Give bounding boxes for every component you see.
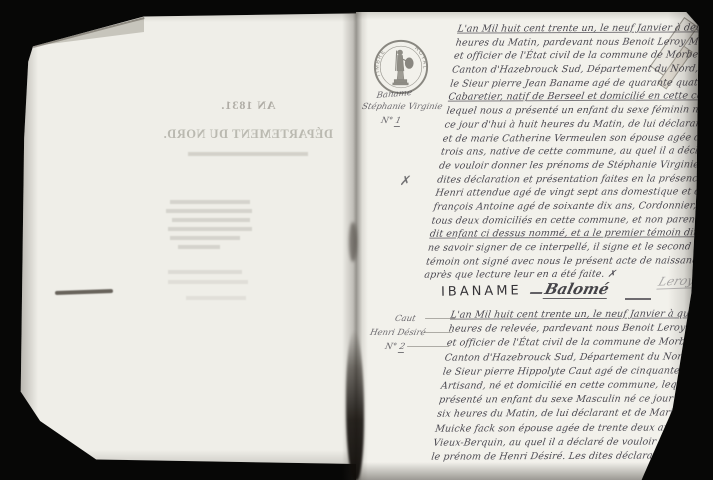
register-book-scan: AN 1831. DÉPARTEMENT DU NORD. [0,0,713,480]
handwritten-line: le Sieur pierre Jean Baname agé de quara… [449,76,707,91]
handwritten-line: Canton d'Hazebrouck Sud, Département du … [444,350,702,366]
stamp-figure-icon [393,50,413,85]
handwritten-line: et officier de l'État civil de la commun… [446,336,704,352]
handwritten-line: de vouloir donner les prénoms de Stéphan… [438,158,696,173]
handwritten-line: trois ans, native de cette commune, au q… [440,145,698,160]
margin-note-act1: Baname Stéphanie Virginie N° 1 [354,86,449,128]
handwritten-line: et officier de l'État civil de la commun… [453,49,711,64]
handwritten-line: dit enfant ci dessus nommé, et a le prem… [429,227,687,242]
handwritten-line: Vieux-Berquin, au quel il a déclaré de v… [432,435,690,451]
act2-text: L'an Mil huit cent trente un, le neuf Ja… [430,307,707,464]
bleedthrough-text-line [168,270,242,274]
bleedthrough-title: AN 1831. DÉPARTEMENT DU NORD. [148,98,348,156]
number-prefix: N° [384,342,398,352]
handwritten-line: Henri attendue agé de vingt sept ans dom… [434,186,692,201]
bleedthrough-text-line [170,236,240,240]
margin-note-act2: Caut Henri Désiré N° 2 [358,312,453,354]
margin-note-firstnames: Henri Désiré [369,326,450,340]
right-page: TIMBRE ROYAL Baname Stéphanie Virginie N… [356,12,700,480]
handwritten-line: ne savoir signer de ce interpellé, il si… [427,240,685,255]
bleedthrough-text-line [168,280,248,284]
bleedthrough-year: AN 1831. [148,98,348,113]
number-value: 2 [398,342,406,353]
handwritten-line: L'an Mil huit cent trente un, le neuf Ja… [450,307,708,323]
svg-text:TIMBRE: TIMBRE [375,49,387,78]
handwritten-line: le Sieur pierre Hippolyte Caut agé de ci… [442,364,700,380]
margin-note-name: Caut [393,312,452,326]
signature-mayor: Leroy [656,273,696,289]
handwritten-line: Cabaretier, natif de Berseel et domicili… [447,90,705,105]
handwritten-line: lequel nous a présenté un enfant du sexe… [446,103,704,118]
handwritten-line: ce jour d'hui à huit heures du Matin, de… [444,117,702,132]
act1-text: L'an Mil huit cent trente un, le neuf Ja… [423,21,713,282]
handwritten-line: Canton d'Hazebrouck Sud, Département du … [451,62,709,77]
handwritten-line: le prénom de Henri Désiré. Les dites déc… [430,449,688,465]
bleedthrough-subtitle-smudge [188,152,308,156]
margin-note-number: N° 1 [380,114,443,128]
margin-rule [407,346,449,347]
ink-smudge [55,289,113,295]
ink-speck [43,437,48,441]
signature-row: IBANAME Balomé Leroy [441,278,691,308]
handwritten-line: tous deux domiciliés en cette commune, e… [431,213,689,228]
handwritten-line: témoin ont signé avec nous le présent ac… [425,254,683,269]
handwritten-line: et de marie Catherine Vermeulen son épou… [442,131,700,146]
signature-witness: Balomé [543,280,611,299]
number-value: 1 [394,116,402,127]
gutter-ink-stain [349,222,357,262]
handwritten-line: présenté un enfant du sexe Masculin né c… [438,392,696,408]
handwritten-line: Muicke fack son épouse agée de trente de… [434,421,692,437]
svg-text:ROYAL: ROYAL [413,46,427,70]
pen-flourish [625,298,651,300]
bleedthrough-department: DÉPARTEMENT DU NORD. [148,127,348,142]
number-prefix: N° [380,116,394,126]
cross-mark: ✗ [399,174,413,189]
signature-baname: IBANAME [441,283,522,299]
handwritten-line: Artisand, né et domicilié en cette commu… [440,378,698,394]
margin-note-firstnames: Stéphanie Virginie [361,100,446,114]
handwritten-line: heures de relevée, pardevant nous Benoit… [448,322,706,338]
bleedthrough-text-line [166,209,252,213]
bleedthrough-text-line [186,296,246,300]
handwritten-line: six heures du Matin, de lui déclarant et… [436,407,694,423]
handwritten-line: françois Antoine agé de soixante dix ans… [433,199,691,214]
left-page: AN 1831. DÉPARTEMENT DU NORD. [18,12,358,464]
handwritten-line: dites déclaration et présentation faites… [436,172,694,187]
bleedthrough-text-line [168,227,252,231]
bleedthrough-text-line [170,200,250,204]
bleedthrough-text-line [178,245,220,249]
bleedthrough-text-line [172,218,250,222]
margin-note-number: N° 2 [384,340,447,354]
handwritten-line: heures du Matin, pardevant nous Benoit L… [455,35,713,50]
handwritten-line: L'an Mil huit cent trente un, le neuf Ja… [457,21,713,36]
